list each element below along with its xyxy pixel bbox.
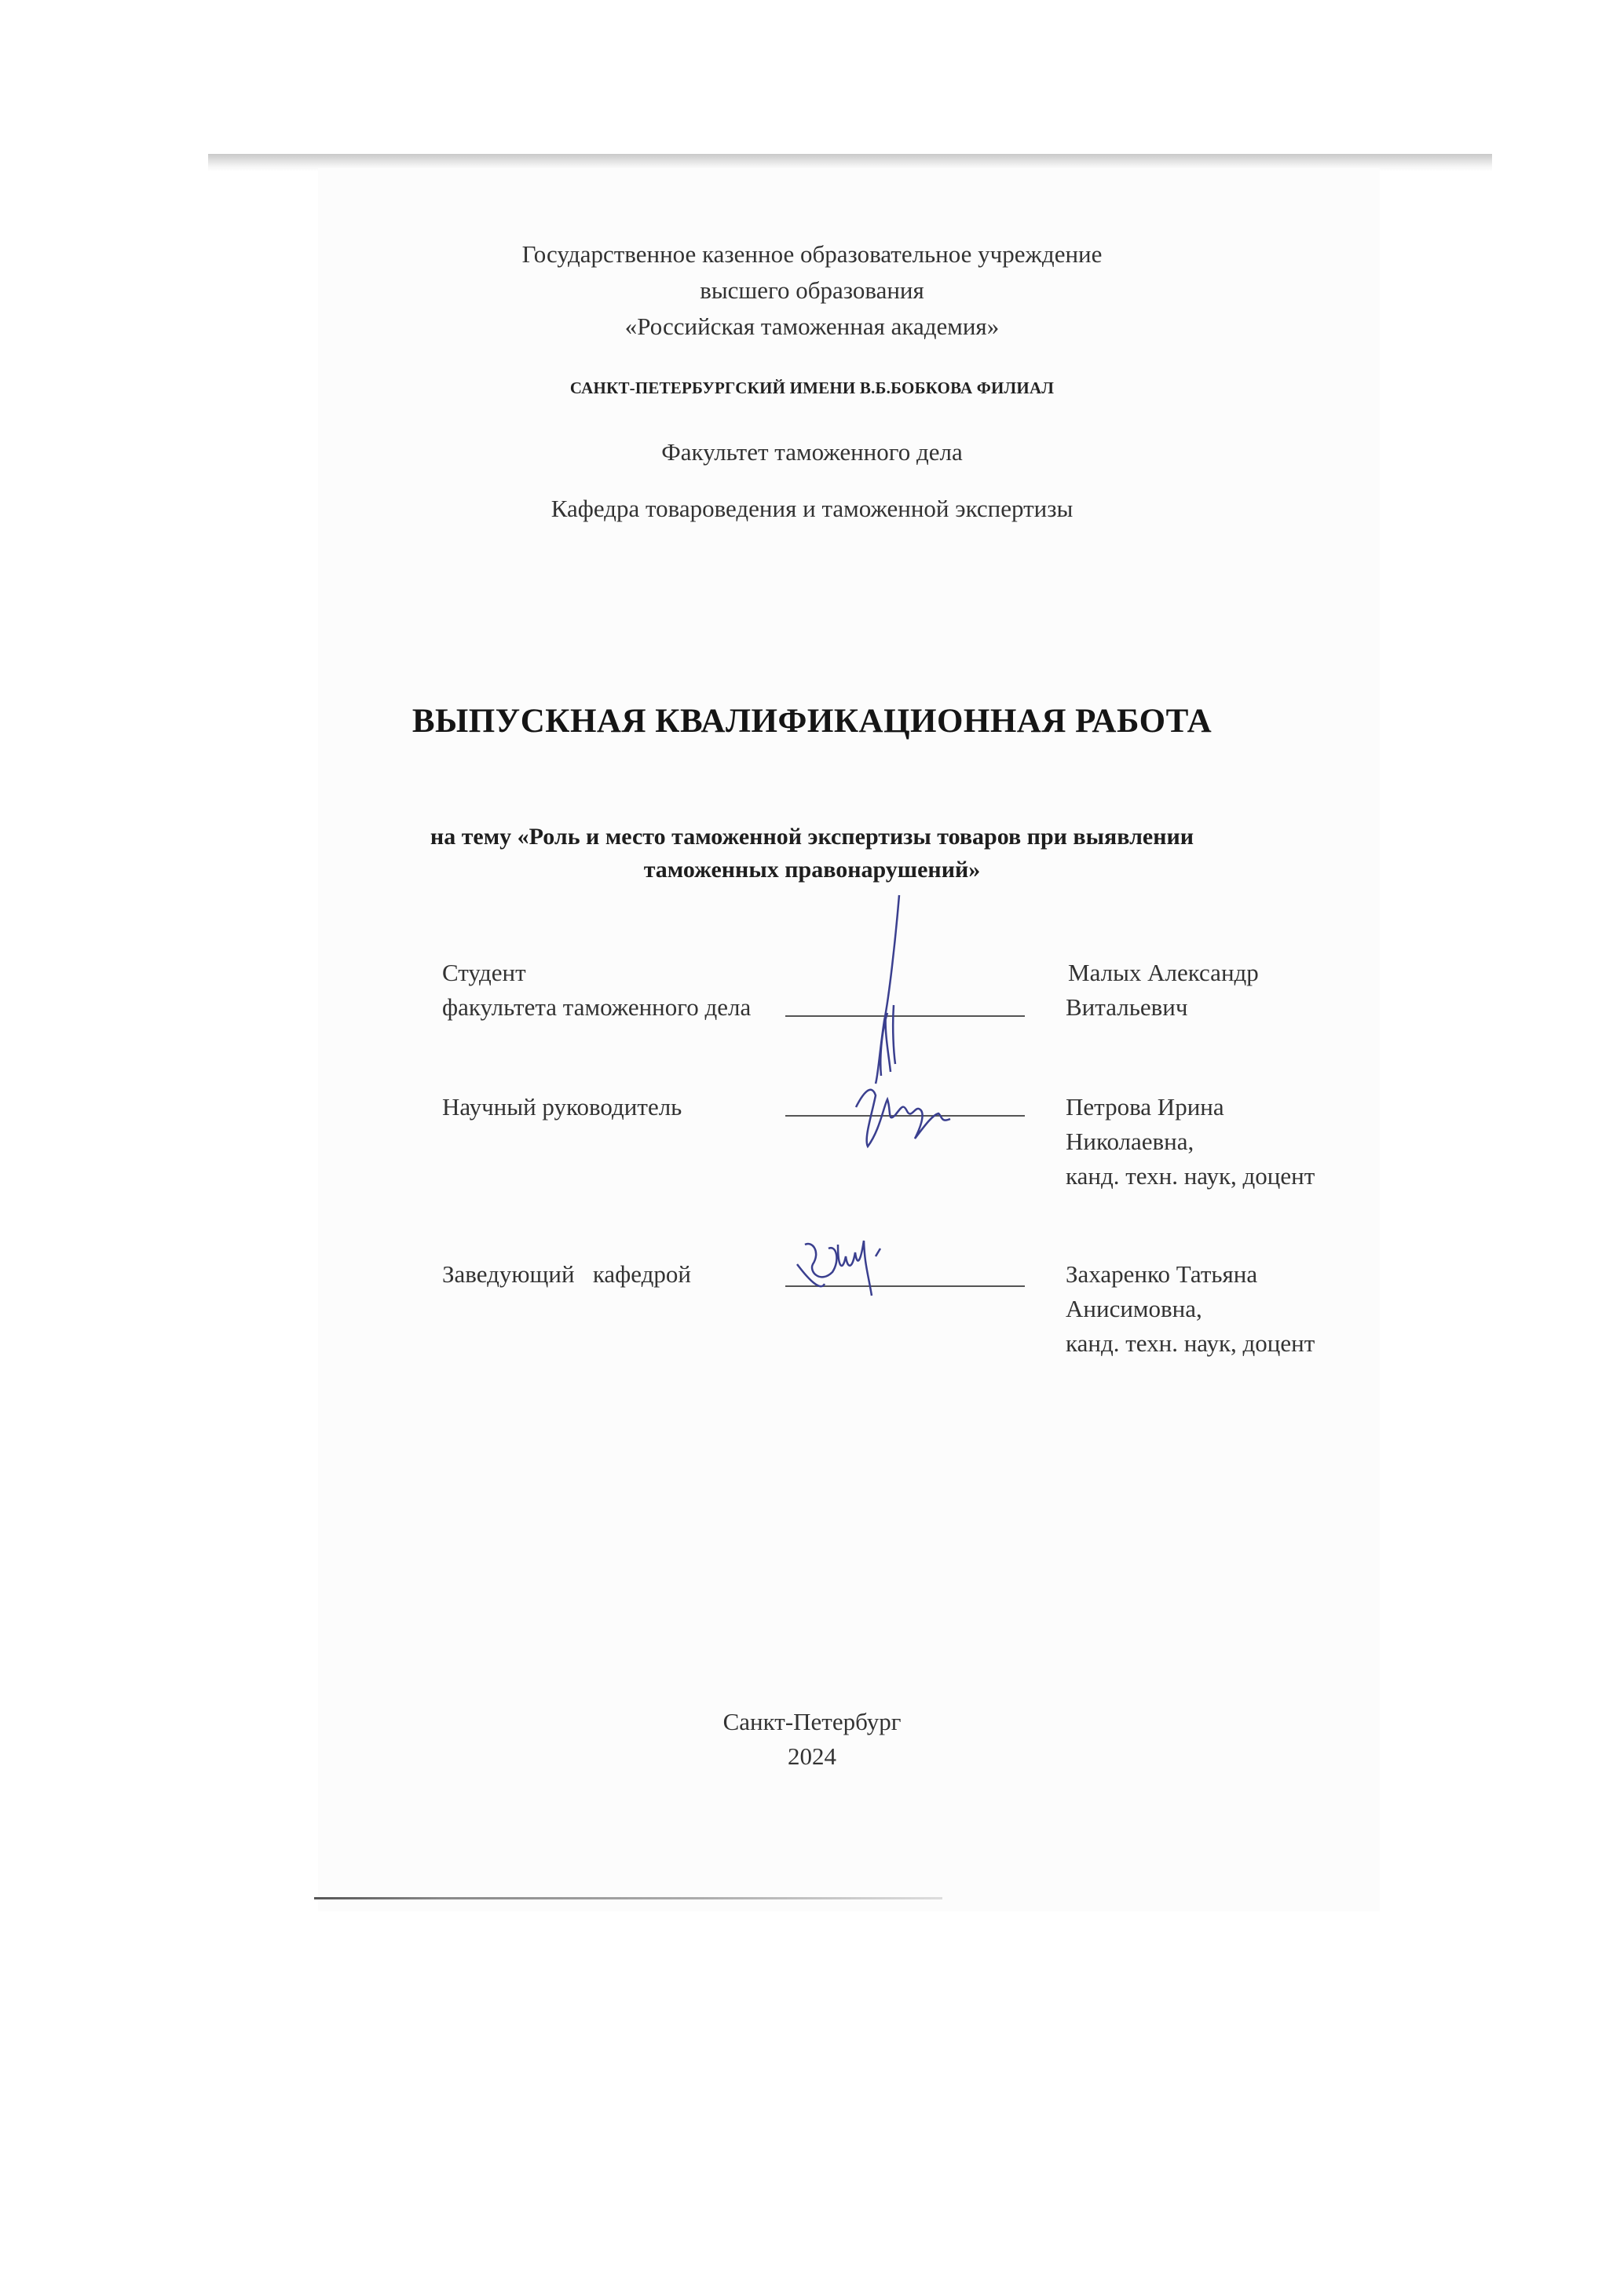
role-label: Заведующий кафедрой xyxy=(442,1256,691,1292)
signature-supervisor-icon xyxy=(840,1068,997,1154)
role-label: Научный руководитель xyxy=(442,1089,682,1124)
person-name: Захаренко Татьяна xyxy=(1066,1256,1257,1292)
city: Санкт-Петербург xyxy=(0,1704,1624,1740)
person-name: Малых Александр xyxy=(1068,955,1259,990)
topic-line-1: на тему «Роль и место таможенной эксперт… xyxy=(0,820,1624,854)
branch-name: САНКТ-ПЕТЕРБУРГСКИЙ ИМЕНИ В.Б.БОБКОВА ФИ… xyxy=(0,378,1624,398)
document-title: ВЫПУСКНАЯ КВАЛИФИКАЦИОННАЯ РАБОТА xyxy=(0,702,1624,740)
institution-line-3: «Российская таможенная академия» xyxy=(0,308,1624,345)
institution-line-2: высшего образования xyxy=(0,272,1624,309)
year: 2024 xyxy=(0,1738,1624,1775)
faculty-name: Факультет таможенного дела xyxy=(0,438,1624,466)
scan-bottom-edge xyxy=(314,1897,942,1899)
topic-line-2: таможенных правонарушений» xyxy=(0,853,1624,887)
person-name: Петрова Ирина xyxy=(1066,1089,1224,1124)
department-name: Кафедра товароведения и таможенной экспе… xyxy=(0,495,1624,523)
institution-line-1: Государственное казенное образовательное… xyxy=(0,236,1624,272)
person-name: Анисимовна, xyxy=(1066,1291,1202,1326)
role-label: Студент xyxy=(442,955,526,990)
signature-student-icon xyxy=(832,895,927,1091)
person-name: Николаевна, xyxy=(1066,1124,1194,1159)
role-label: факультета таможенного дела xyxy=(442,989,751,1025)
signature-head-icon xyxy=(789,1209,946,1311)
person-name: канд. техн. наук, доцент xyxy=(1066,1158,1315,1194)
person-name: канд. техн. наук, доцент xyxy=(1066,1325,1315,1361)
person-name: Витальевич xyxy=(1066,989,1187,1025)
